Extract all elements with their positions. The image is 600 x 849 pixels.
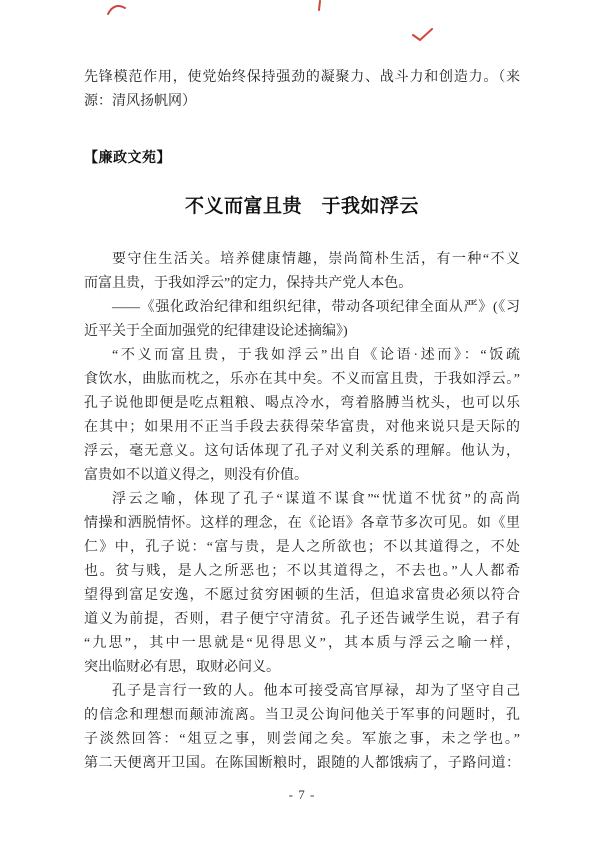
text-line: 的信念和理想而颠沛流离。当卫灵公询问他关于军事的问题时，孔: [84, 704, 520, 728]
continuation-paragraph: 先锋模范作用，使党始终保持强劲的凝聚力、战斗力和创造力。（来源：清风扬帆网）: [84, 66, 520, 114]
section-heading: 【廉政文苑】: [84, 146, 520, 171]
text-line: 浮云之喻，体现了孔子“谋道不谋食”“忧道不忧贫”的高尚: [84, 488, 520, 512]
text-line: 而富且贵，于我如浮云”的定力，保持共产党人本色。: [84, 272, 520, 296]
body-paragraph-4: 浮云之喻，体现了孔子“谋道不谋食”“忧道不忧贫”的高尚情操和洒脱情怀。这样的理念…: [84, 488, 520, 680]
text-line: 在其中；如果用不正当手段去获得荣华富贵，对他来说只是天际的: [84, 416, 520, 440]
text-line: ——《强化政治纪律和组织纪律，带动各项纪律全面从严》(《习: [84, 296, 520, 320]
text-line: 源：清风扬帆网）: [84, 90, 520, 114]
text-line: 浮云，毫无意义。这句话体现了孔子对义利关系的理解。他认为，: [84, 440, 520, 464]
text-line: 望得到富足安逸，不愿过贫穷困顿的生活，但追求富贵必须以符合: [84, 584, 520, 608]
body-paragraph-2: ——《强化政治纪律和组织纪律，带动各项纪律全面从严》(《习近平关于全面加强党的纪…: [84, 296, 520, 344]
body-paragraph-3: “不义而富且贵，于我如浮云”出自《论语·述而》：“饭疏食饮水，曲肱而枕之，乐亦在…: [84, 344, 520, 488]
text-line: 第二天便离开卫国。在陈国断粮时，跟随的人都饿病了，子路问道：: [84, 752, 520, 776]
body-paragraph-1: 要守住生活关。培养健康情趣，崇尚简朴生活，有一种“不义而富且贵，于我如浮云”的定…: [84, 248, 520, 296]
article-title: 不义而富且贵 于我如浮云: [84, 193, 520, 221]
text-line: 食饮水，曲肱而枕之，乐亦在其中矣。不义而富且贵，于我如浮云。”: [84, 368, 520, 392]
document-page: 先锋模范作用，使党始终保持强劲的凝聚力、战斗力和创造力。（来源：清风扬帆网）【廉…: [0, 0, 600, 849]
document-body: 先锋模范作用，使党始终保持强劲的凝聚力、战斗力和创造力。（来源：清风扬帆网）【廉…: [84, 66, 520, 804]
text-line: 要守住生活关。培养健康情趣，崇尚简朴生活，有一种“不义: [84, 248, 520, 272]
red-pen-stroke-icon: [106, 1, 128, 17]
text-line: 突出临财必有思，取财必问义。: [84, 656, 520, 680]
red-pen-tick-icon: [315, 0, 325, 12]
text-line: 先锋模范作用，使党始终保持强劲的凝聚力、战斗力和创造力。（来: [84, 66, 520, 90]
text-line: 孔子说他即便是吃点粗粮、喝点冷水，弯着胳膊当枕头，也可以乐: [84, 392, 520, 416]
text-line: “九思”，其中一思就是“见得思义”，其本质与浮云之喻一样，: [84, 632, 520, 656]
text-line: 近平关于全面加强党的纪律建设论述摘编》): [84, 320, 520, 344]
page-number: - 7 -: [84, 786, 520, 804]
text-line: 也。贫与贱，是人之所恶也；不以其道得之，不去也。”人人都希: [84, 560, 520, 584]
text-line: 道义为前提，否则，君子便宁守清贫。孔子还告诫学生说，君子有: [84, 608, 520, 632]
text-line: “不义而富且贵，于我如浮云”出自《论语·述而》：“饭疏: [84, 344, 520, 368]
text-line: 仁》中，孔子说：“富与贵，是人之所欲也；不以其道得之，不处: [84, 536, 520, 560]
text-line: 子淡然回答：“俎豆之事，则尝闻之矣。军旅之事，未之学也。”: [84, 728, 520, 752]
body-paragraph-5: 孔子是言行一致的人。他本可接受高官厚禄，却为了坚守自己的信念和理想而颠沛流离。当…: [84, 680, 520, 776]
red-pen-check-icon: [411, 26, 435, 43]
text-line: 情操和洒脱情怀。这样的理念，在《论语》各章节多次可见。如《里: [84, 512, 520, 536]
text-line: 孔子是言行一致的人。他本可接受高官厚禄，却为了坚守自己: [84, 680, 520, 704]
text-line: 富贵如不以道义得之，则没有价值。: [84, 464, 520, 488]
